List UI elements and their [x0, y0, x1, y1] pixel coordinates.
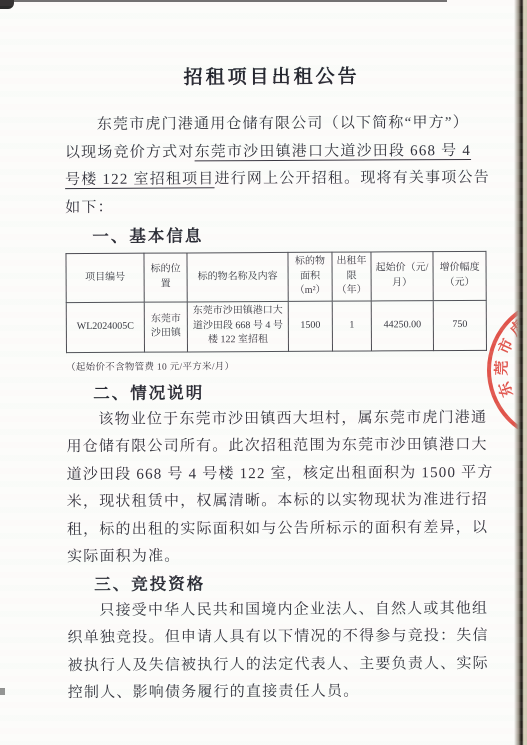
cell-area: 1500: [288, 301, 332, 351]
situation-paragraph: 该物业位于东莞市沙田镇西大坦村，属东莞市虎门港通 用仓储有限公司所有。此次招租范…: [66, 404, 481, 571]
situation-line: 实际面积为准。: [67, 542, 481, 572]
intro-line: 东莞市虎门港通用仓储有限公司（以下简称“甲方”）: [65, 110, 479, 140]
qualification-line: 织单独竞投。但申请人具有以下情况的不得参与竞投：失信: [67, 623, 481, 653]
cell-name-content: 东莞市沙田镇港口大道沙田段 668 号 4 号楼 122 室招租: [187, 301, 288, 352]
section-heading-qualification: 三、竞投资格: [94, 572, 481, 594]
underlined-property-address: 东莞市沙田镇港口大道沙田段 668 号 4: [195, 142, 472, 159]
intro-line3-post: 进行网上公开招租。现将有关事项公告: [214, 170, 489, 187]
cell-project-number: WL2024005C: [66, 302, 144, 352]
header-project-number: 项目编号: [66, 253, 144, 302]
section-heading-basic-info: 一、基本信息: [92, 225, 479, 247]
price-note: （起始价不含物管费 10 元/平方米/月）: [66, 356, 480, 372]
intro-line: 如下：: [65, 192, 479, 222]
header-lease-term: 出租年限（年）: [332, 252, 371, 301]
qualification-paragraph: 只接受中华人民共和国境内企业法人、自然人或其他组 织单独竞投。但申请人具有以下情…: [67, 595, 482, 707]
info-table-header: 项目编号 标的位置 标的物名称及内容 标的物面积（m²） 出租年限（年） 起始价…: [66, 251, 486, 302]
situation-line: 该物业位于东莞市沙田镇西大坦村，属东莞市虎门港通: [66, 404, 480, 434]
underlined-property-address: 号楼 122 室招租项目: [65, 171, 214, 188]
section-heading-situation: 二、情况说明: [93, 381, 480, 403]
situation-line: 道沙田段 668 号 4 号楼 122 室，核定出租面积为 1500 平方: [67, 459, 481, 489]
intro-line: 以现场竞价方式对东莞市沙田镇港口大道沙田段 668 号 4: [65, 137, 479, 167]
situation-line: 租，标的出租的实际面积如与公告所标示的面积有差异，以: [67, 514, 481, 544]
cell-starting-price: 44250.00: [371, 300, 433, 350]
page-right-edge-shadow: [514, 0, 527, 745]
scan-speck-bottom-left: [0, 688, 5, 695]
table-header-row: 项目编号 标的位置 标的物名称及内容 标的物面积（m²） 出租年限（年） 起始价…: [66, 251, 486, 302]
scanned-document-page: 招租项目出租公告 东莞市虎门港通用仓储有限公司（以下简称“甲方”） 以现场竞价方…: [0, 0, 527, 745]
intro-paragraph: 东莞市虎门港通用仓储有限公司（以下简称“甲方”） 以现场竞价方式对东莞市沙田镇港…: [65, 110, 480, 222]
info-table: 项目编号 标的位置 标的物名称及内容 标的物面积（m²） 出租年限（年） 起始价…: [65, 251, 487, 353]
scan-speck-top-left: [0, 0, 14, 9]
table-row: WL2024005C 东莞市沙田镇 东莞市沙田镇港口大道沙田段 668 号 4 …: [66, 300, 486, 352]
qualification-line: 被执行人及失信被执行人的法定代表人、主要负责人、实际: [68, 650, 482, 680]
header-location: 标的位置: [144, 253, 187, 302]
header-area: 标的物面积（m²）: [288, 252, 332, 301]
document-content: 招租项目出租公告 东莞市虎门港通用仓储有限公司（以下简称“甲方”） 以现场竞价方…: [64, 0, 482, 708]
intro-line2-pre: 以现场竞价方式对: [65, 144, 195, 161]
header-name-content: 标的物名称及内容: [187, 252, 288, 301]
situation-line: 用仓储有限公司所有。此次招租范围为东莞市沙田镇港口大: [66, 432, 480, 462]
qualification-line: 只接受中华人民共和国境内企业法人、自然人或其他组: [67, 595, 481, 625]
page-top-edge-line: [0, 0, 447, 2]
cell-location: 东莞市沙田镇: [144, 301, 187, 351]
intro-line: 号楼 122 室招租项目进行网上公开招租。现将有关事项公告: [65, 165, 479, 195]
situation-line: 米，现状租赁中，权属清晰。本标的以实物现状为准进行招: [67, 487, 481, 517]
header-starting-price: 起始价（元/月）: [371, 252, 433, 301]
qualification-line: 控制人、影响债务履行的直接责任人员。: [68, 678, 482, 708]
document-title: 招租项目出租公告: [64, 61, 478, 90]
cell-lease-term: 1: [332, 300, 371, 350]
